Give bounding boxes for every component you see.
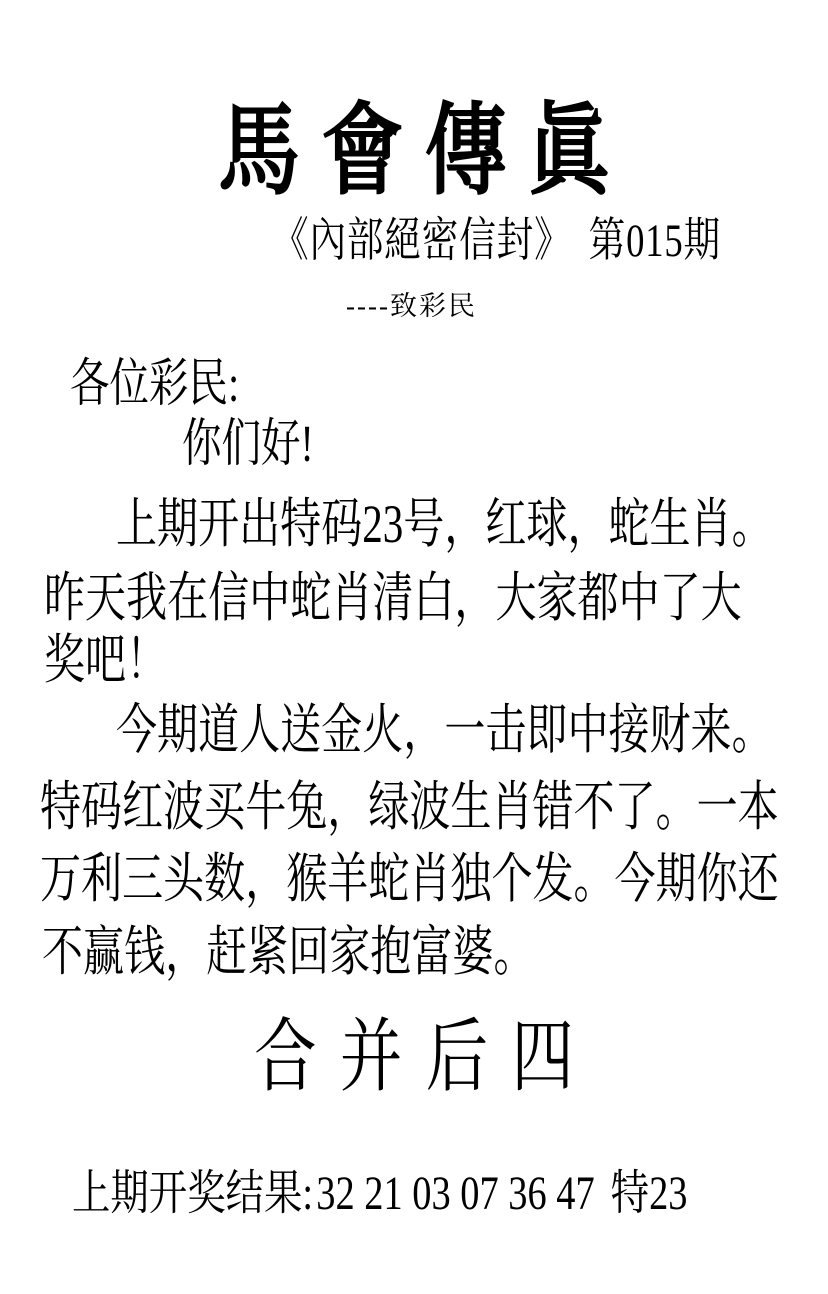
results-special-number: 特23 xyxy=(611,1167,688,1220)
masthead-subtitle: 《內部絕密信封》 第015期 xyxy=(272,218,721,265)
paragraph-2-line-1: 今期道人送金火，一击即中接财来。 xyxy=(116,703,773,757)
paragraph-2-line-2: 特码红波买牛兔，绿波生肖错不了。一本 xyxy=(40,780,779,834)
issue-number: 第015期 xyxy=(589,218,721,265)
results-label: 上期开奖结果: xyxy=(72,1167,313,1220)
paragraph-2-line-4: 不赢钱，赶紧回家抱富婆。 xyxy=(42,925,534,979)
paragraph-1-line-2: 昨天我在信中蛇肖清白，大家都中了大 xyxy=(44,571,742,625)
salutation: 各位彩民: xyxy=(70,359,239,411)
results-numbers: 32 21 03 07 36 47 xyxy=(316,1167,594,1220)
dedication-line: ----致彩民 xyxy=(346,293,477,320)
booklet-name: 《內部絕密信封》 xyxy=(272,218,572,265)
paragraph-1-line-3: 奖吧！ xyxy=(44,633,167,687)
paragraph-2-line-3: 万利三头数，猴羊蛇肖独个发。今期你还 xyxy=(40,852,779,906)
fax-sheet: 馬會傳眞 《內部絕密信封》 第015期 ----致彩民 各位彩民: 你们好! 上… xyxy=(0,0,828,1294)
previous-results: 上期开奖结果:32 21 03 07 36 47特23 xyxy=(72,1170,687,1218)
paragraph-1-line-1: 上期开出特码23号，红球，蛇生肖。 xyxy=(116,497,773,551)
tip-phrase: 合并后四 xyxy=(91,1018,737,1098)
greeting: 你们好! xyxy=(182,419,314,471)
masthead-title: 馬會傳眞 xyxy=(75,102,754,202)
